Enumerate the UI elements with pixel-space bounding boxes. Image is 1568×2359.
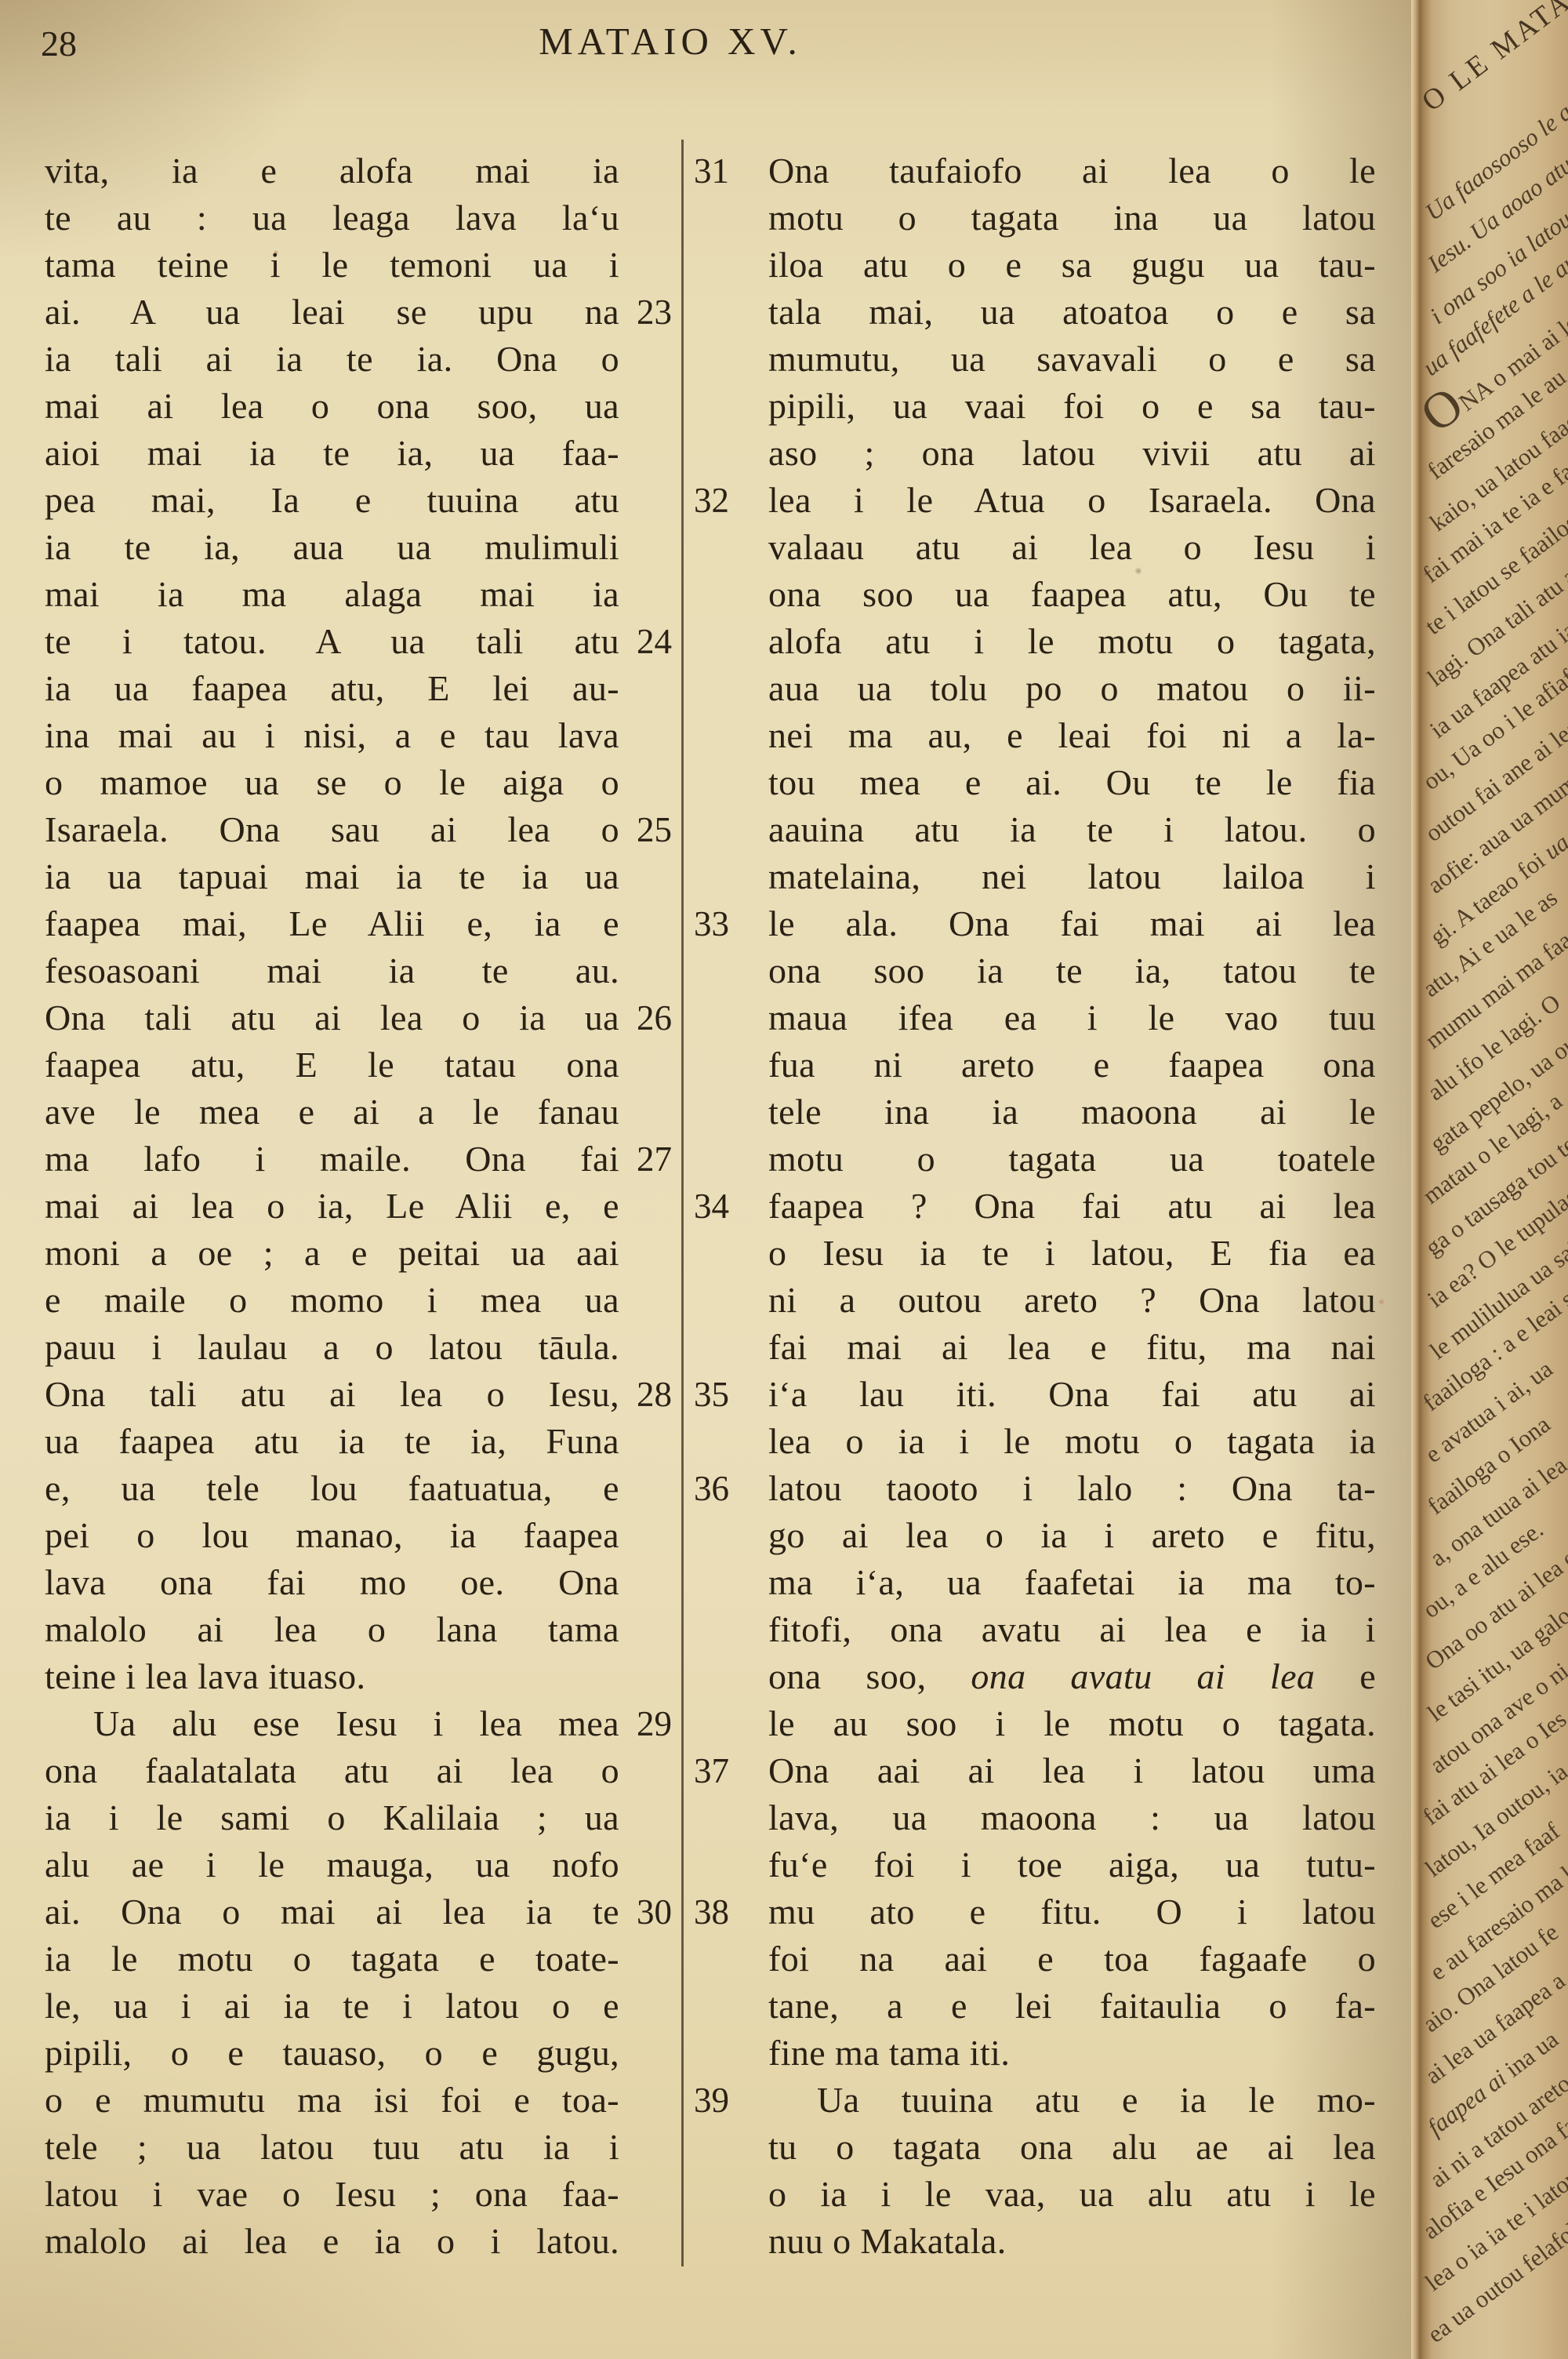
verse-text: aauina atu ia te i latou. o [768, 806, 1376, 853]
text-line: ia tali ai ia te ia. Ona o [45, 336, 672, 383]
text-line: mai ia ma alaga mai ia [45, 571, 672, 618]
verse-number: 38 [694, 1888, 729, 1936]
text-line: Ua tuuina atu e ia le mo-39 [694, 2077, 1376, 2124]
text-line: iloa atu o e sa gugu ua tau- [694, 242, 1376, 289]
verse-text: ia i le sami o Kalilaia ; ua [45, 1794, 619, 1841]
verse-text: valaau atu ai lea o Iesu i [768, 524, 1376, 571]
text-line: valaau atu ai lea o Iesu i [694, 524, 1376, 571]
text-line: lea o ia i le motu o tagata ia [694, 1418, 1376, 1465]
text-line: latou taooto i lalo : Ona ta-36 [694, 1465, 1376, 1512]
verse-text: iloa atu o e sa gugu ua tau- [768, 242, 1376, 289]
verse-text: tama teine i le temoni ua i [45, 242, 619, 289]
verse-number: 39 [694, 2077, 729, 2124]
verse-text: fai mai ai lea e fitu, ma nai [768, 1324, 1376, 1371]
verse-text: ave le mea e ai a le fanau [45, 1089, 619, 1136]
verse-number: 23 [637, 289, 672, 336]
verse-text: aioi mai ia te ia, ua faa- [45, 430, 619, 477]
verse-text: ia le motu o tagata e toate- [45, 1936, 619, 1983]
text-line: le au soo i le motu o tagata. [694, 1700, 1376, 1747]
verse-text: ua faapea atu ia te ia, Funa [45, 1418, 619, 1465]
verse-text: faapea mai, Le Alii e, ia e [45, 900, 619, 947]
verse-text: tou mea e ai. Ou te le fia [768, 759, 1376, 806]
text-line: motu o tagata ina ua latou [694, 194, 1376, 242]
verse-number: 24 [637, 618, 672, 665]
text-line: alu ae i le mauga, ua nofo [45, 1841, 672, 1888]
verse-text: le au soo i le motu o tagata. [768, 1700, 1376, 1747]
verse-text: Isaraela. Ona sau ai lea o [45, 806, 619, 853]
verse-text: fu‘e foi i toe aiga, ua tutu- [768, 1841, 1376, 1888]
text-line: alofa atu i le motu o tagata, [694, 618, 1376, 665]
text-line: ia ua tapuai mai ia te ia ua [45, 853, 672, 900]
text-line: pipili, o e tauaso, o e gugu, [45, 2030, 672, 2077]
verse-number: 34 [694, 1183, 729, 1230]
verse-text: pipili, ua vaai foi o e sa tau- [768, 383, 1376, 430]
verse-text: ia te ia, aua ua mulimuli [45, 524, 619, 571]
text-line: go ai lea o ia i areto e fitu, [694, 1512, 1376, 1559]
text-line: Isaraela. Ona sau ai lea o25 [45, 806, 672, 853]
book-page: 28 MATAIO XV. vita, ia e alofa mai iate … [0, 0, 1411, 2359]
verse-text: mai ai lea o ia, Le Alii e, e [45, 1183, 619, 1230]
verse-text: tele ina ia maoona ai le [768, 1089, 1376, 1136]
text-line: tala mai, ua atoatoa o e sa [694, 289, 1376, 336]
verse-text: pipili, o e tauaso, o e gugu, [45, 2030, 619, 2077]
text-line: ua faapea atu ia te ia, Funa [45, 1418, 672, 1465]
verse-text: aso ; ona latou vivii atu ai [768, 430, 1376, 477]
verse-text: mu ato e fitu. O i latou [768, 1888, 1376, 1936]
text-line: pea mai, Ia e tuuina atu [45, 477, 672, 524]
text-line: fesoasoani mai ia te au. [45, 947, 672, 994]
text-line: o mamoe ua se o le aiga o [45, 759, 672, 806]
verse-text: ni a outou areto ? Ona latou [768, 1277, 1376, 1324]
verse-text: tane, a e lei faitaulia o fa- [768, 1983, 1376, 2030]
verse-text: fine ma tama iti. [768, 2030, 1376, 2077]
verse-text: motu o tagata ina ua latou [768, 194, 1376, 242]
text-line: te au : ua leaga lava la‘u [45, 194, 672, 242]
text-line: fu‘e foi i toe aiga, ua tutu- [694, 1841, 1376, 1888]
verse-text: Ua tuuina atu e ia le mo- [768, 2077, 1376, 2124]
text-line: mumutu, ua savavali o e sa [694, 336, 1376, 383]
text-line: Ona tali atu ai lea o ia ua26 [45, 994, 672, 1041]
verse-text: Ona taufaiofo ai lea o le [768, 147, 1376, 194]
verse-text: pauu i laulau a o latou tāula. [45, 1324, 619, 1371]
right-column: Ona taufaiofo ai lea o le31motu o tagata… [694, 147, 1376, 2265]
text-line: teine i lea lava ituaso. [45, 1653, 672, 1700]
verse-text: ia ua faapea atu, E lei au- [45, 665, 619, 712]
text-line: fine ma tama iti. [694, 2030, 1376, 2077]
text-line: e, ua tele lou faatuatua, e [45, 1465, 672, 1512]
verse-text: ona soo ia te ia, tatou te [768, 947, 1376, 994]
verse-text: lava, ua maoona : ua latou [768, 1794, 1376, 1841]
verse-text: pei o lou manao, ia faapea [45, 1512, 619, 1559]
text-line: tele ina ia maoona ai le [694, 1089, 1376, 1136]
text-line: tama teine i le temoni ua i [45, 242, 672, 289]
verse-text: motu o tagata ua toatele [768, 1136, 1376, 1183]
verse-text: Ona tali atu ai lea o ia ua [45, 994, 619, 1041]
verse-text: latou i vae o Iesu ; ona faa- [45, 2171, 619, 2218]
verse-text: o Iesu ia te i latou, E fia ea [768, 1230, 1376, 1277]
text-line: ai. Ona o mai ai lea ia te30 [45, 1888, 672, 1936]
text-line: pipili, ua vaai foi o e sa tau- [694, 383, 1376, 430]
verse-text: vita, ia e alofa mai ia [45, 147, 619, 194]
verse-number: 36 [694, 1465, 729, 1512]
verse-number: 26 [637, 994, 672, 1041]
verse-number: 25 [637, 806, 672, 853]
page-number: 28 [41, 20, 77, 67]
text-line: motu o tagata ua toatele [694, 1136, 1376, 1183]
verse-text: malolo ai lea e ia o i latou. [45, 2218, 619, 2265]
verse-text: te i tatou. A ua tali atu [45, 618, 619, 665]
text-line: pauu i laulau a o latou tāula. [45, 1324, 672, 1371]
text-line: tou mea e ai. Ou te le fia [694, 759, 1376, 806]
verse-text: mumutu, ua savavali o e sa [768, 336, 1376, 383]
text-line: Ua alu ese Iesu i lea mea29 [45, 1700, 672, 1747]
verse-text: Ona aai ai lea i latou uma [768, 1747, 1376, 1794]
verse-text: ia ua tapuai mai ia te ia ua [45, 853, 619, 900]
verse-number: 32 [694, 477, 729, 524]
verse-text: le ala. Ona fai mai ai lea [768, 900, 1376, 947]
text-line: ia te ia, aua ua mulimuli [45, 524, 672, 571]
text-line: aso ; ona latou vivii atu ai [694, 430, 1376, 477]
verse-text: teine i lea lava ituaso. [45, 1653, 619, 1700]
text-line: moni a oe ; a e peitai ua aai [45, 1230, 672, 1277]
verse-text: Ona tali atu ai lea o Iesu, [45, 1371, 619, 1418]
verse-text: ona faalatalata atu ai lea o [45, 1747, 619, 1794]
verse-number: 33 [694, 900, 729, 947]
verse-number: 35 [694, 1371, 729, 1418]
text-line: o ia i le vaa, ua alu atu i le [694, 2171, 1376, 2218]
text-line: fai mai ai lea e fitu, ma nai [694, 1324, 1376, 1371]
text-line: Ona aai ai lea i latou uma37 [694, 1747, 1376, 1794]
verse-text: maua ifea ea i le vao tuu [768, 994, 1376, 1041]
text-line: mu ato e fitu. O i latou38 [694, 1888, 1376, 1936]
verse-number: 29 [637, 1700, 672, 1747]
verse-text: faapea atu, E le tatau ona [45, 1041, 619, 1089]
text-line: le, ua i ai ia te i latou o e [45, 1983, 672, 2030]
text-line: fitofi, ona avatu ai lea e ia i [694, 1606, 1376, 1653]
verse-text: nuu o Makatala. [768, 2218, 1376, 2265]
verse-text: fua ni areto e faapea ona [768, 1041, 1376, 1089]
text-line: ma i‘a, ua faafetai ia ma to- [694, 1559, 1376, 1606]
verse-text: e maile o momo i mea ua [45, 1277, 619, 1324]
verse-text: matelaina, nei latou lailoa i [768, 853, 1376, 900]
text-line: tane, a e lei faitaulia o fa- [694, 1983, 1376, 2030]
text-line: ia ua faapea atu, E lei au- [45, 665, 672, 712]
text-line: malolo ai lea e ia o i latou. [45, 2218, 672, 2265]
verse-text: faapea ? Ona fai atu ai lea [768, 1183, 1376, 1230]
verse-text: o mamoe ua se o le aiga o [45, 759, 619, 806]
verse-text: Ua alu ese Iesu i lea mea [45, 1700, 619, 1747]
verse-text: e, ua tele lou faatuatua, e [45, 1465, 619, 1512]
verse-text: tala mai, ua atoatoa o e sa [768, 289, 1376, 336]
running-title: MATAIO XV. [539, 17, 802, 66]
verse-text: ai. A ua leai se upu na [45, 289, 619, 336]
verse-text: ai. Ona o mai ai lea ia te [45, 1888, 619, 1936]
text-line: Ona tali atu ai lea o Iesu,28 [45, 1371, 672, 1418]
left-column: vita, ia e alofa mai iate au : ua leaga … [45, 147, 672, 2265]
text-line: ina mai au i nisi, a e tau lava [45, 712, 672, 759]
verse-text: pea mai, Ia e tuuina atu [45, 477, 619, 524]
verse-text: moni a oe ; a e peitai ua aai [45, 1230, 619, 1277]
next-page-edge: O LE MATAUPUUa faaosooso le au faresIesu… [1411, 0, 1568, 2359]
text-line: aioi mai ia te ia, ua faa- [45, 430, 672, 477]
text-line: ona faalatalata atu ai lea o [45, 1747, 672, 1794]
text-line: maua ifea ea i le vao tuu [694, 994, 1376, 1041]
text-line: matelaina, nei latou lailoa i [694, 853, 1376, 900]
text-line: faapea ? Ona fai atu ai lea34 [694, 1183, 1376, 1230]
verse-number: 37 [694, 1747, 729, 1794]
text-line: tu o tagata ona alu ae ai lea [694, 2124, 1376, 2171]
verse-text: fesoasoani mai ia te au. [45, 947, 619, 994]
verse-text: latou taooto i lalo : Ona ta- [768, 1465, 1376, 1512]
verse-text: aua ua tolu po o matou o ii- [768, 665, 1376, 712]
verse-number: 28 [637, 1371, 672, 1418]
text-line: lea i le Atua o Isaraela. Ona32 [694, 477, 1376, 524]
verse-text: mai ia ma alaga mai ia [45, 571, 619, 618]
verse-text: alofa atu i le motu o tagata, [768, 618, 1376, 665]
verse-number: 31 [694, 147, 729, 194]
text-line: nei ma au, e leai foi ni a la- [694, 712, 1376, 759]
verse-number: 27 [637, 1136, 672, 1183]
verse-text: o ia i le vaa, ua alu atu i le [768, 2171, 1376, 2218]
verse-text: ia tali ai ia te ia. Ona o [45, 336, 619, 383]
text-line: ia le motu o tagata e toate- [45, 1936, 672, 1983]
text-line: i‘a lau iti. Ona fai atu ai35 [694, 1371, 1376, 1418]
text-line: ona soo ua faapea atu, Ou te [694, 571, 1376, 618]
verse-text: o e mumutu ma isi foi e toa- [45, 2077, 619, 2124]
text-line: aauina atu ia te i latou. o [694, 806, 1376, 853]
text-line: pei o lou manao, ia faapea [45, 1512, 672, 1559]
verse-number: 30 [637, 1888, 672, 1936]
verse-text: ona soo ua faapea atu, Ou te [768, 571, 1376, 618]
verse-text: lea i le Atua o Isaraela. Ona [768, 477, 1376, 524]
verse-text: nei ma au, e leai foi ni a la- [768, 712, 1376, 759]
text-line: mai ai lea o ia, Le Alii e, e [45, 1183, 672, 1230]
text-line: vita, ia e alofa mai ia [45, 147, 672, 194]
text-line: latou i vae o Iesu ; ona faa- [45, 2171, 672, 2218]
verse-text: alu ae i le mauga, ua nofo [45, 1841, 619, 1888]
verse-text: ma i‘a, ua faafetai ia ma to- [768, 1559, 1376, 1606]
verse-text: lea o ia i le motu o tagata ia [768, 1418, 1376, 1465]
text-line: le ala. Ona fai mai ai lea33 [694, 900, 1376, 947]
text-line: faapea atu, E le tatau ona [45, 1041, 672, 1089]
verse-text: tu o tagata ona alu ae ai lea [768, 2124, 1376, 2171]
next-page-title-fragment: O LE MATAUPU [1417, 0, 1568, 117]
text-line: Ona taufaiofo ai lea o le31 [694, 147, 1376, 194]
verse-text: ina mai au i nisi, a e tau lava [45, 712, 619, 759]
verse-text: mai ai lea o ona soo, ua [45, 383, 619, 430]
text-line: e maile o momo i mea ua [45, 1277, 672, 1324]
text-line: tele ; ua latou tuu atu ia i [45, 2124, 672, 2171]
verse-text: tele ; ua latou tuu atu ia i [45, 2124, 619, 2171]
text-line: lava ona fai mo oe. Ona [45, 1559, 672, 1606]
text-line: ai. A ua leai se upu na23 [45, 289, 672, 336]
verse-text: te au : ua leaga lava la‘u [45, 194, 619, 242]
verse-text: i‘a lau iti. Ona fai atu ai [768, 1371, 1376, 1418]
verse-text: go ai lea o ia i areto e fitu, [768, 1512, 1376, 1559]
verse-text: ma lafo i maile. Ona fai [45, 1136, 619, 1183]
text-line: nuu o Makatala. [694, 2218, 1376, 2265]
verse-text: lava ona fai mo oe. Ona [45, 1559, 619, 1606]
text-line: ia i le sami o Kalilaia ; ua [45, 1794, 672, 1841]
text-line: faapea mai, Le Alii e, ia e [45, 900, 672, 947]
text-line: lava, ua maoona : ua latou [694, 1794, 1376, 1841]
column-divider [681, 140, 684, 2266]
text-line: o e mumutu ma isi foi e toa- [45, 2077, 672, 2124]
verse-text: le, ua i ai ia te i latou o e [45, 1983, 619, 2030]
text-line: ma lafo i maile. Ona fai27 [45, 1136, 672, 1183]
text-line: ni a outou areto ? Ona latou [694, 1277, 1376, 1324]
text-line: aua ua tolu po o matou o ii- [694, 665, 1376, 712]
text-line: o Iesu ia te i latou, E fia ea [694, 1230, 1376, 1277]
text-line: malolo ai lea o lana tama [45, 1606, 672, 1653]
text-line: mai ai lea o ona soo, ua [45, 383, 672, 430]
text-line: ave le mea e ai a le fanau [45, 1089, 672, 1136]
text-line: ona soo, ona avatu ai lea e [694, 1653, 1376, 1700]
text-line: fua ni areto e faapea ona [694, 1041, 1376, 1089]
text-line: te i tatou. A ua tali atu24 [45, 618, 672, 665]
verse-text: fitofi, ona avatu ai lea e ia i [768, 1606, 1376, 1653]
text-line: foi na aai e toa fagaafe o [694, 1936, 1376, 1983]
verse-text: malolo ai lea o lana tama [45, 1606, 619, 1653]
text-line: ona soo ia te ia, tatou te [694, 947, 1376, 994]
verse-text: ona soo, ona avatu ai lea e [768, 1653, 1376, 1700]
verse-text: foi na aai e toa fagaafe o [768, 1936, 1376, 1983]
